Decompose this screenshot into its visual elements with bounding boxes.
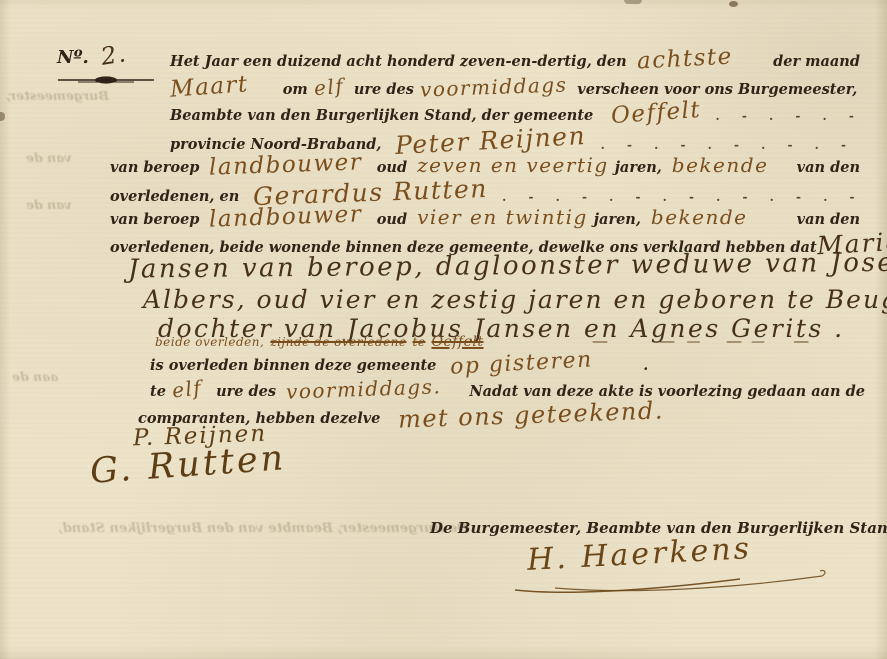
printed-text: der maand bbox=[773, 53, 860, 70]
handwritten-age2: vier en twintig bbox=[417, 205, 588, 229]
printed-text: van beroep bbox=[110, 211, 199, 228]
paper-stain bbox=[624, 0, 642, 4]
handwritten-hour: elf bbox=[313, 74, 345, 101]
dotted-filler: . - . - . - . - . - . - . - . - . - . - … bbox=[502, 190, 860, 204]
handwritten-deceased-details-1: Jansen van beroep, dagloonster weduwe va… bbox=[128, 247, 887, 284]
printed-text: oud bbox=[377, 159, 407, 176]
printed-text: jaren, bbox=[615, 159, 662, 176]
showthrough-text: Burgemeester, bbox=[6, 88, 109, 103]
document-page: Burgemeester, van de van de aan de De Bu… bbox=[0, 0, 887, 659]
handwritten-relation1: bekende bbox=[672, 153, 769, 177]
form-line-province-declarant1: provincie Noord-Braband, Peter Reijnen .… bbox=[170, 126, 860, 155]
handwritten-age1: zeven en veertig bbox=[417, 153, 609, 177]
handwritten-death-date: op gisteren bbox=[450, 347, 594, 379]
printed-text: ure des bbox=[216, 383, 276, 400]
form-line-deceased-2: Albers, oud vier en zestig jaren en gebo… bbox=[143, 285, 887, 314]
divider-flourish-icon bbox=[58, 74, 154, 86]
paper-stain bbox=[729, 1, 738, 7]
printed-text: is overleden binnen deze gemeente bbox=[150, 357, 436, 374]
printed-text: oud bbox=[377, 211, 407, 228]
form-line-year: Het Jaar een duizend acht honderd zeven-… bbox=[170, 46, 860, 72]
form-line-insertion: beide overleden, zijnde de overledene te… bbox=[155, 334, 767, 350]
handwritten-death-daypart: voormiddags. bbox=[286, 374, 442, 403]
printed-text: om bbox=[283, 81, 308, 98]
handwritten-insertion-struck: te bbox=[413, 335, 426, 349]
showthrough-text: De Burgemeester, Beambte van den Burgerl… bbox=[58, 521, 468, 536]
handwritten-month: Maart bbox=[169, 71, 249, 102]
handwritten-relation2: bekende bbox=[651, 205, 748, 229]
form-line-deceased-1: Jansen van beroep, dagloonster weduwe va… bbox=[128, 251, 887, 281]
showthrough-text: van de bbox=[26, 197, 72, 212]
closing-title: De Burgemeester, Beambte van den Burgerl… bbox=[430, 519, 887, 537]
handwritten-occupation1: landbouwer bbox=[209, 149, 363, 180]
handwritten-gemeente: Oeffelt bbox=[610, 97, 702, 129]
printed-text: verscheen voor ons Burgemeester, bbox=[577, 81, 857, 98]
handwritten-occupation2: landbouwer bbox=[209, 201, 363, 232]
dotted-filler: . - . - . - . - . - . - . - . - . - . - … bbox=[715, 109, 860, 123]
printed-text: jaren, bbox=[594, 211, 641, 228]
printed-text: van den bbox=[797, 211, 860, 228]
printed-text: . bbox=[643, 357, 648, 374]
printed-text: van beroep bbox=[110, 159, 199, 176]
handwritten-daypart: voormiddags bbox=[419, 72, 567, 101]
form-line-death-hour: te elf ure des voormiddags. Nadat van de… bbox=[150, 377, 865, 401]
printed-text: te bbox=[150, 383, 166, 400]
form-line-gemeente: Beambte van den Burgerlijken Stand, der … bbox=[170, 100, 860, 126]
printed-text: ure des bbox=[354, 81, 414, 98]
act-number-label: Nº. bbox=[57, 47, 89, 68]
dash-filler: — — bbox=[687, 334, 767, 350]
handwritten-insertion-place: Oeffelt bbox=[431, 334, 483, 350]
form-line-month-hour: Maart om elf ure des voormiddags versche… bbox=[170, 74, 827, 100]
printed-text: overledenen, en bbox=[110, 188, 239, 205]
handwritten-insertion: beide overleden, bbox=[155, 335, 264, 349]
handwritten-signing-clause: met ons geteekend. bbox=[398, 396, 665, 433]
form-line-declarant2: overledenen, en Gerardus Rutten . - . - … bbox=[110, 178, 860, 207]
form-line-declarant2-details: van beroep landbouwer oud vier en twinti… bbox=[110, 204, 860, 230]
showthrough-text: aan de bbox=[12, 369, 58, 384]
printed-text: van den bbox=[797, 159, 860, 176]
dotted-filler: . - . - . - . - . - . - . - . - . - . - … bbox=[601, 138, 860, 152]
signature-flourish-icon bbox=[500, 558, 845, 598]
printed-text: Nadat van deze akte is voorlezing gedaan… bbox=[469, 383, 865, 400]
handwritten-day: achtste bbox=[636, 44, 733, 75]
printed-text: Beambte van den Burgerlijken Stand, der … bbox=[170, 107, 593, 124]
handwritten-deceased-details-2: Albers, oud vier en zestig jaren en gebo… bbox=[143, 285, 887, 314]
paper-stain bbox=[0, 112, 5, 121]
showthrough-text: van de bbox=[26, 150, 72, 165]
witness-signature-2: G. Rutten bbox=[89, 438, 288, 492]
form-line-death-place: is overleden binnen deze gemeente op gis… bbox=[150, 351, 648, 376]
handwritten-death-hour: elf bbox=[171, 375, 203, 402]
act-number-value: 2. bbox=[99, 39, 129, 71]
handwritten-insertion-struck: zijnde de overledene bbox=[270, 335, 406, 349]
printed-text: Het Jaar een duizend acht honderd zeven-… bbox=[170, 53, 627, 70]
